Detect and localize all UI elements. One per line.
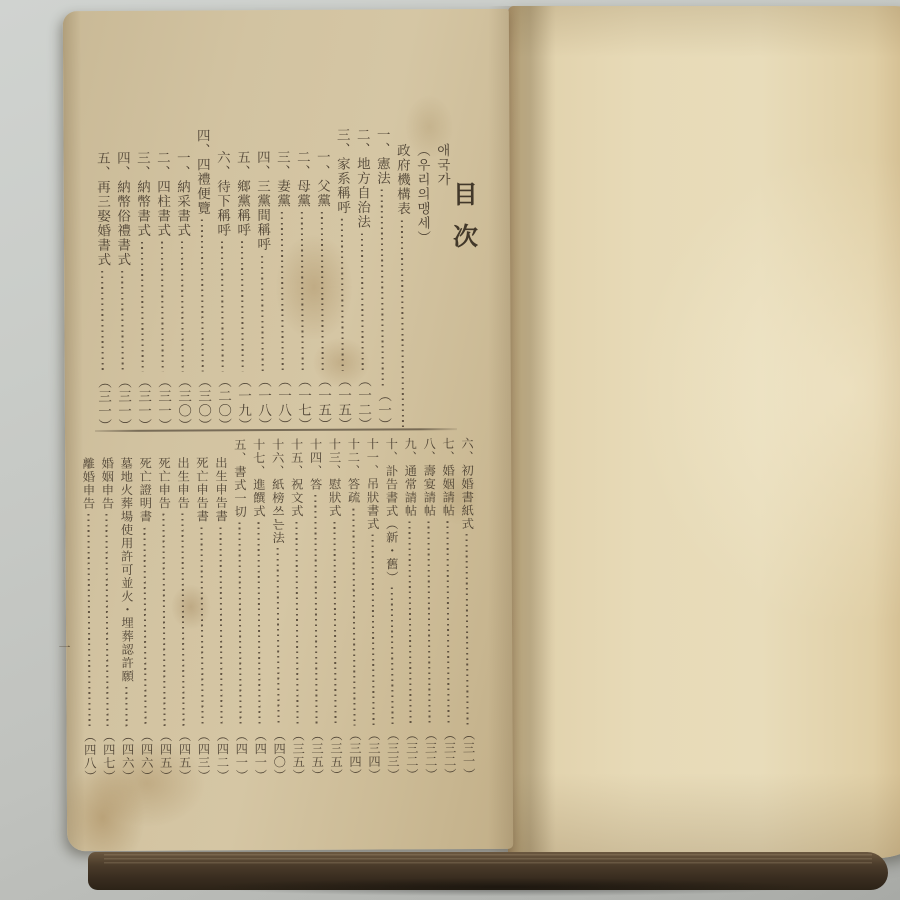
leader-dots bbox=[241, 241, 244, 371]
leader-dots bbox=[371, 535, 374, 726]
leader-dots bbox=[201, 527, 204, 726]
entry-title: ︵우리의맹세︶ bbox=[414, 143, 428, 245]
entry-page-number: ︵三一︶ bbox=[95, 375, 109, 433]
entry-number: 一、 bbox=[314, 150, 328, 179]
leader-dots bbox=[447, 521, 450, 725]
toc-entry: 十三、慰狀式︵三五︶ bbox=[325, 438, 344, 782]
entry-page-number: ︵三五︶ bbox=[329, 729, 342, 782]
entry-number: 三、 bbox=[334, 128, 348, 157]
entry-page-number: ︵一五︶ bbox=[315, 374, 329, 432]
leader-dots bbox=[409, 521, 412, 725]
toc-entry: 二、母黨︵一七︶ bbox=[291, 128, 312, 432]
entry-number: 一、 bbox=[174, 151, 188, 180]
leader-dots bbox=[87, 514, 90, 727]
entry-number: 三、 bbox=[274, 150, 288, 179]
toc-entry: 十一、吊狀書式︵三四︶ bbox=[363, 438, 382, 782]
entry-page-number: ︵一八︶ bbox=[275, 374, 289, 432]
leader-dots bbox=[314, 495, 317, 726]
toc-entry: 十、訃告書式︵新・舊︶︵三三︶ bbox=[382, 437, 401, 781]
leader-dots bbox=[280, 212, 283, 371]
toc-entry: 六、初婚書紙式︵三一︶ bbox=[458, 437, 477, 781]
leader-dots bbox=[428, 521, 431, 725]
entry-title: 四柱書式 bbox=[154, 180, 168, 238]
entry-title: 書式一切 bbox=[233, 465, 246, 518]
entry-page-number: ︵四七︶ bbox=[102, 730, 115, 783]
toc-entry: 二、地方自治法︵一二︶ bbox=[351, 128, 372, 432]
toc-entry: ︵우리의맹세︶ bbox=[411, 127, 432, 431]
toc-entry: 婚姻申告︵四七︶ bbox=[98, 439, 117, 783]
leader-dots bbox=[421, 249, 424, 429]
entry-number: 一、 bbox=[374, 127, 388, 156]
toc-entry: 死亡證明書︵四六︶ bbox=[136, 439, 155, 783]
entry-title: 祝文式 bbox=[290, 478, 303, 518]
entry-title: 納幣書式 bbox=[134, 180, 148, 238]
leader-dots bbox=[463, 269, 466, 428]
entry-title: 離婚申告 bbox=[81, 457, 94, 510]
entry-page-number: ︵三〇︶ bbox=[175, 375, 189, 433]
leader-dots bbox=[276, 548, 279, 725]
entry-page-number: ︵一二︶ bbox=[355, 374, 369, 432]
entry-title: 母黨 bbox=[294, 179, 308, 208]
leader-dots bbox=[390, 588, 393, 725]
entry-page-number: ︵四五︶ bbox=[159, 729, 172, 782]
leader-dots bbox=[352, 508, 355, 725]
entry-number: 五、 bbox=[94, 151, 108, 180]
entry-page-number: ︵四一︶ bbox=[234, 729, 247, 782]
leader-dots bbox=[106, 514, 109, 727]
leader-dots bbox=[295, 522, 298, 726]
leader-dots bbox=[340, 219, 343, 371]
toc-entry: 死亡申告︵四五︶ bbox=[155, 439, 174, 783]
entry-title: 答 bbox=[309, 478, 321, 491]
entry-number: 七、 bbox=[441, 437, 453, 464]
entry-page-number: ︵四二︶ bbox=[215, 729, 228, 782]
toc-entry: 五、再三娶婚書式︵三一︶ bbox=[91, 129, 112, 433]
entry-title: 墓地火葬場使用許可並火・埋葬認許願 bbox=[119, 457, 132, 683]
entry-title: 納幣俗禮書式 bbox=[114, 180, 128, 267]
entry-title: 四禮便覽 bbox=[194, 157, 208, 215]
entry-page-number: ︵三〇︶ bbox=[195, 374, 209, 432]
toc-title-column: 目次 bbox=[451, 127, 477, 431]
entry-page-number: ︵四一︶ bbox=[253, 729, 266, 782]
entry-page-number: ︵四五︶ bbox=[178, 729, 191, 782]
entry-title: 吊狀書式 bbox=[366, 477, 379, 530]
entry-number: 六、 bbox=[214, 150, 228, 179]
entry-number: 四、 bbox=[114, 151, 128, 180]
entry-page-number: ︵三二︶ bbox=[405, 728, 418, 781]
entry-number: 十三、 bbox=[328, 438, 341, 478]
entry-number: 五、 bbox=[233, 438, 245, 465]
entry-page-number: ︵四六︶ bbox=[140, 730, 153, 783]
leader-dots bbox=[163, 514, 166, 727]
entry-page-number: ︵三四︶ bbox=[367, 728, 380, 781]
entry-title: 政府機構表 bbox=[394, 143, 408, 216]
toc-entry: 十四、答︵三五︶ bbox=[306, 438, 325, 782]
entry-number: 十七、 bbox=[252, 438, 265, 478]
toc-entry: 四、四禮便覽︵三〇︶ bbox=[191, 128, 212, 432]
leader-dots bbox=[261, 256, 264, 372]
toc-entry: 四、納幣俗禮書式︵三一︶ bbox=[111, 129, 132, 433]
entry-number: 四、 bbox=[194, 128, 208, 157]
entry-page-number: ︵三三︶ bbox=[386, 728, 399, 781]
entry-title: 訃告書式︵新・舊︶ bbox=[385, 464, 398, 584]
leader-dots bbox=[141, 242, 144, 372]
entry-page-number: ︵四〇︶ bbox=[272, 729, 285, 782]
toc-entry: 四、三黨間稱呼︵一八︶ bbox=[251, 128, 272, 432]
leader-dots bbox=[238, 522, 241, 726]
entry-number: 十五、 bbox=[290, 438, 303, 478]
entry-page-number: ︵三一︶ bbox=[135, 375, 149, 433]
entry-page-number: ︵一八︶ bbox=[255, 374, 269, 432]
toc-entry: 三、家系稱呼︵一五︶ bbox=[331, 128, 352, 432]
entry-page-number: ︵四六︶ bbox=[121, 730, 134, 783]
entry-title: 死亡申告書 bbox=[195, 456, 208, 523]
entry-title: 紙榜쓰는法 bbox=[271, 478, 284, 545]
leader-dots bbox=[466, 534, 469, 725]
entry-title: 出生申告書 bbox=[214, 456, 227, 523]
entry-page-number: ︵一九︶ bbox=[235, 374, 249, 432]
entry-title: 地方自治法 bbox=[354, 157, 368, 230]
toc-entry: 死亡申告書︵四三︶ bbox=[193, 438, 212, 782]
leader-dots bbox=[182, 514, 185, 727]
leader-dots bbox=[144, 527, 147, 726]
leader-dots bbox=[200, 219, 203, 371]
entry-page-number: ︵三一︶ bbox=[115, 375, 129, 433]
entry-number: 二、 bbox=[354, 128, 368, 157]
entry-title: 애국가 bbox=[434, 143, 448, 187]
toc-entry: 九、通常請帖︵三二︶ bbox=[401, 437, 420, 781]
entry-page-number: ︵四八︶ bbox=[83, 730, 96, 783]
leader-dots bbox=[257, 522, 260, 726]
toc-entry: 十五、祝文式︵三五︶ bbox=[287, 438, 306, 782]
entry-page-number: ︵二〇︶ bbox=[215, 374, 229, 432]
leader-dots bbox=[333, 522, 336, 726]
leader-dots bbox=[320, 212, 323, 371]
entry-title: 初婚書紙式 bbox=[460, 464, 473, 531]
entry-title: 進饌式 bbox=[252, 478, 265, 518]
entry-title: 納采書式 bbox=[174, 180, 188, 238]
entry-number: 十一、 bbox=[365, 438, 378, 478]
leader-dots bbox=[440, 191, 443, 429]
page-title: 目次 bbox=[451, 127, 477, 265]
folio-page-number: 一 bbox=[56, 641, 73, 653]
toc-entry: 五、鄉黨稱呼︵一九︶ bbox=[231, 128, 252, 432]
entry-number: 二、 bbox=[294, 150, 308, 179]
entry-title: 壽宴請帖 bbox=[422, 464, 435, 517]
entry-title: 鄉黨稱呼 bbox=[234, 179, 248, 237]
entry-title: 再三娶婚書式 bbox=[94, 180, 108, 267]
toc-entry: 五、書式一切︵四一︶ bbox=[231, 438, 250, 782]
entry-page-number: ︵一五︶ bbox=[335, 374, 349, 432]
leader-dots bbox=[121, 271, 124, 372]
toc-entry: 十七、進饌式︵四一︶ bbox=[249, 438, 268, 782]
entry-title: 三黨間稱呼 bbox=[254, 179, 268, 252]
entry-title: 妻黨 bbox=[274, 179, 288, 208]
toc-entry: 三、妻黨︵一八︶ bbox=[271, 128, 292, 432]
entry-page-number: ︵一七︶ bbox=[295, 374, 309, 432]
entry-number: 三、 bbox=[134, 151, 148, 180]
blank-right-page bbox=[508, 6, 900, 858]
toc-entry: 六、待下稱呼︵二〇︶ bbox=[211, 128, 232, 432]
toc-entry: 十六、紙榜쓰는法︵四〇︶ bbox=[268, 438, 287, 782]
entry-number: 八、 bbox=[422, 437, 434, 464]
leader-dots bbox=[220, 527, 223, 726]
entry-title: 婚姻申告 bbox=[100, 457, 113, 510]
book: 目次 애국가︵우리의맹세︶政府機構表一、憲法︵一︶二、地方自治法︵一二︶三、家系… bbox=[60, 6, 896, 890]
toc-entry: 一、納采書式︵三〇︶ bbox=[171, 129, 192, 433]
entry-number: 十四、 bbox=[309, 438, 322, 478]
leader-dots bbox=[380, 190, 383, 386]
toc-entry: 出生申告書︵四二︶ bbox=[212, 438, 231, 782]
toc-entry: 墓地火葬場使用許可並火・埋葬認許願︵四六︶ bbox=[117, 439, 136, 783]
toc-entry: 十二、答疏︵三四︶ bbox=[344, 438, 363, 782]
entry-number: 四、 bbox=[254, 150, 268, 179]
entry-page-number: ︵三一︶ bbox=[155, 375, 169, 433]
entry-page-number: ︵一︶ bbox=[376, 388, 390, 432]
entry-title: 答疏 bbox=[347, 478, 359, 505]
photo-of-open-book: 目次 애국가︵우리의맹세︶政府機構表一、憲法︵一︶二、地方自治法︵一二︶三、家系… bbox=[0, 0, 900, 900]
entry-number: 十六、 bbox=[271, 438, 284, 478]
entry-page-number: ︵三五︶ bbox=[310, 729, 323, 782]
leader-dots bbox=[400, 220, 403, 429]
entry-page-number: ︵四三︶ bbox=[197, 729, 210, 782]
leader-dots bbox=[221, 241, 224, 371]
entry-title: 慰狀式 bbox=[328, 478, 341, 518]
leader-dots bbox=[300, 212, 303, 371]
toc-entry: 離婚申告︵四八︶ bbox=[79, 439, 98, 783]
entry-title: 婚姻請帖 bbox=[441, 464, 454, 517]
toc-left-page: 目次 애국가︵우리의맹세︶政府機構表一、憲法︵一︶二、地方自治法︵一二︶三、家系… bbox=[63, 9, 513, 851]
leader-dots bbox=[181, 242, 184, 372]
toc-entry: 一、憲法︵一︶ bbox=[371, 127, 392, 431]
leader-dots bbox=[101, 271, 104, 372]
entry-title: 死亡證明書 bbox=[138, 457, 151, 524]
entry-title: 憲法 bbox=[374, 156, 388, 185]
toc-entry: 出生申告︵四五︶ bbox=[174, 439, 193, 783]
leader-dots bbox=[360, 233, 363, 371]
entry-page-number: ︵三二︶ bbox=[443, 728, 456, 781]
toc-entry: 二、四柱書式︵三一︶ bbox=[151, 129, 172, 433]
toc-entry: 애국가 bbox=[431, 127, 452, 431]
entry-number: 五、 bbox=[234, 150, 248, 179]
entry-title: 死亡申告 bbox=[157, 457, 170, 510]
entry-number: 二、 bbox=[154, 151, 168, 180]
leader-dots bbox=[126, 687, 128, 727]
toc-entry: 政府機構表 bbox=[391, 127, 412, 431]
toc-entry: 八、壽宴請帖︵三二︶ bbox=[420, 437, 439, 781]
toc-upper-block: 目次 애국가︵우리의맹세︶政府機構表一、憲法︵一︶二、地方自治法︵一二︶三、家系… bbox=[91, 127, 477, 433]
entry-page-number: ︵三五︶ bbox=[291, 729, 304, 782]
leader-dots bbox=[161, 242, 164, 372]
entry-title: 通常請帖 bbox=[403, 464, 416, 517]
entry-number: 九、 bbox=[403, 437, 415, 464]
entry-title: 待下稱呼 bbox=[214, 179, 228, 237]
entry-number: 十二、 bbox=[347, 438, 360, 478]
entry-number: 十、 bbox=[384, 437, 396, 464]
toc-entry: 三、納幣書式︵三一︶ bbox=[131, 129, 152, 433]
entry-title: 家系稱呼 bbox=[334, 157, 348, 215]
entry-title: 出生申告 bbox=[176, 457, 189, 510]
book-shadow bbox=[90, 874, 900, 900]
toc-entry: 一、父黨︵一五︶ bbox=[311, 128, 332, 432]
entry-number: 六、 bbox=[460, 437, 472, 464]
entry-title: 父黨 bbox=[314, 179, 328, 208]
entry-page-number: ︵三一︶ bbox=[462, 728, 475, 781]
entry-page-number: ︵三四︶ bbox=[348, 728, 361, 781]
toc-entry: 七、婚姻請帖︵三二︶ bbox=[439, 437, 458, 781]
entry-page-number: ︵三二︶ bbox=[424, 728, 437, 781]
toc-lower-block: 六、初婚書紙式︵三一︶七、婚姻請帖︵三二︶八、壽宴請帖︵三二︶九、通常請帖︵三二… bbox=[79, 437, 477, 783]
